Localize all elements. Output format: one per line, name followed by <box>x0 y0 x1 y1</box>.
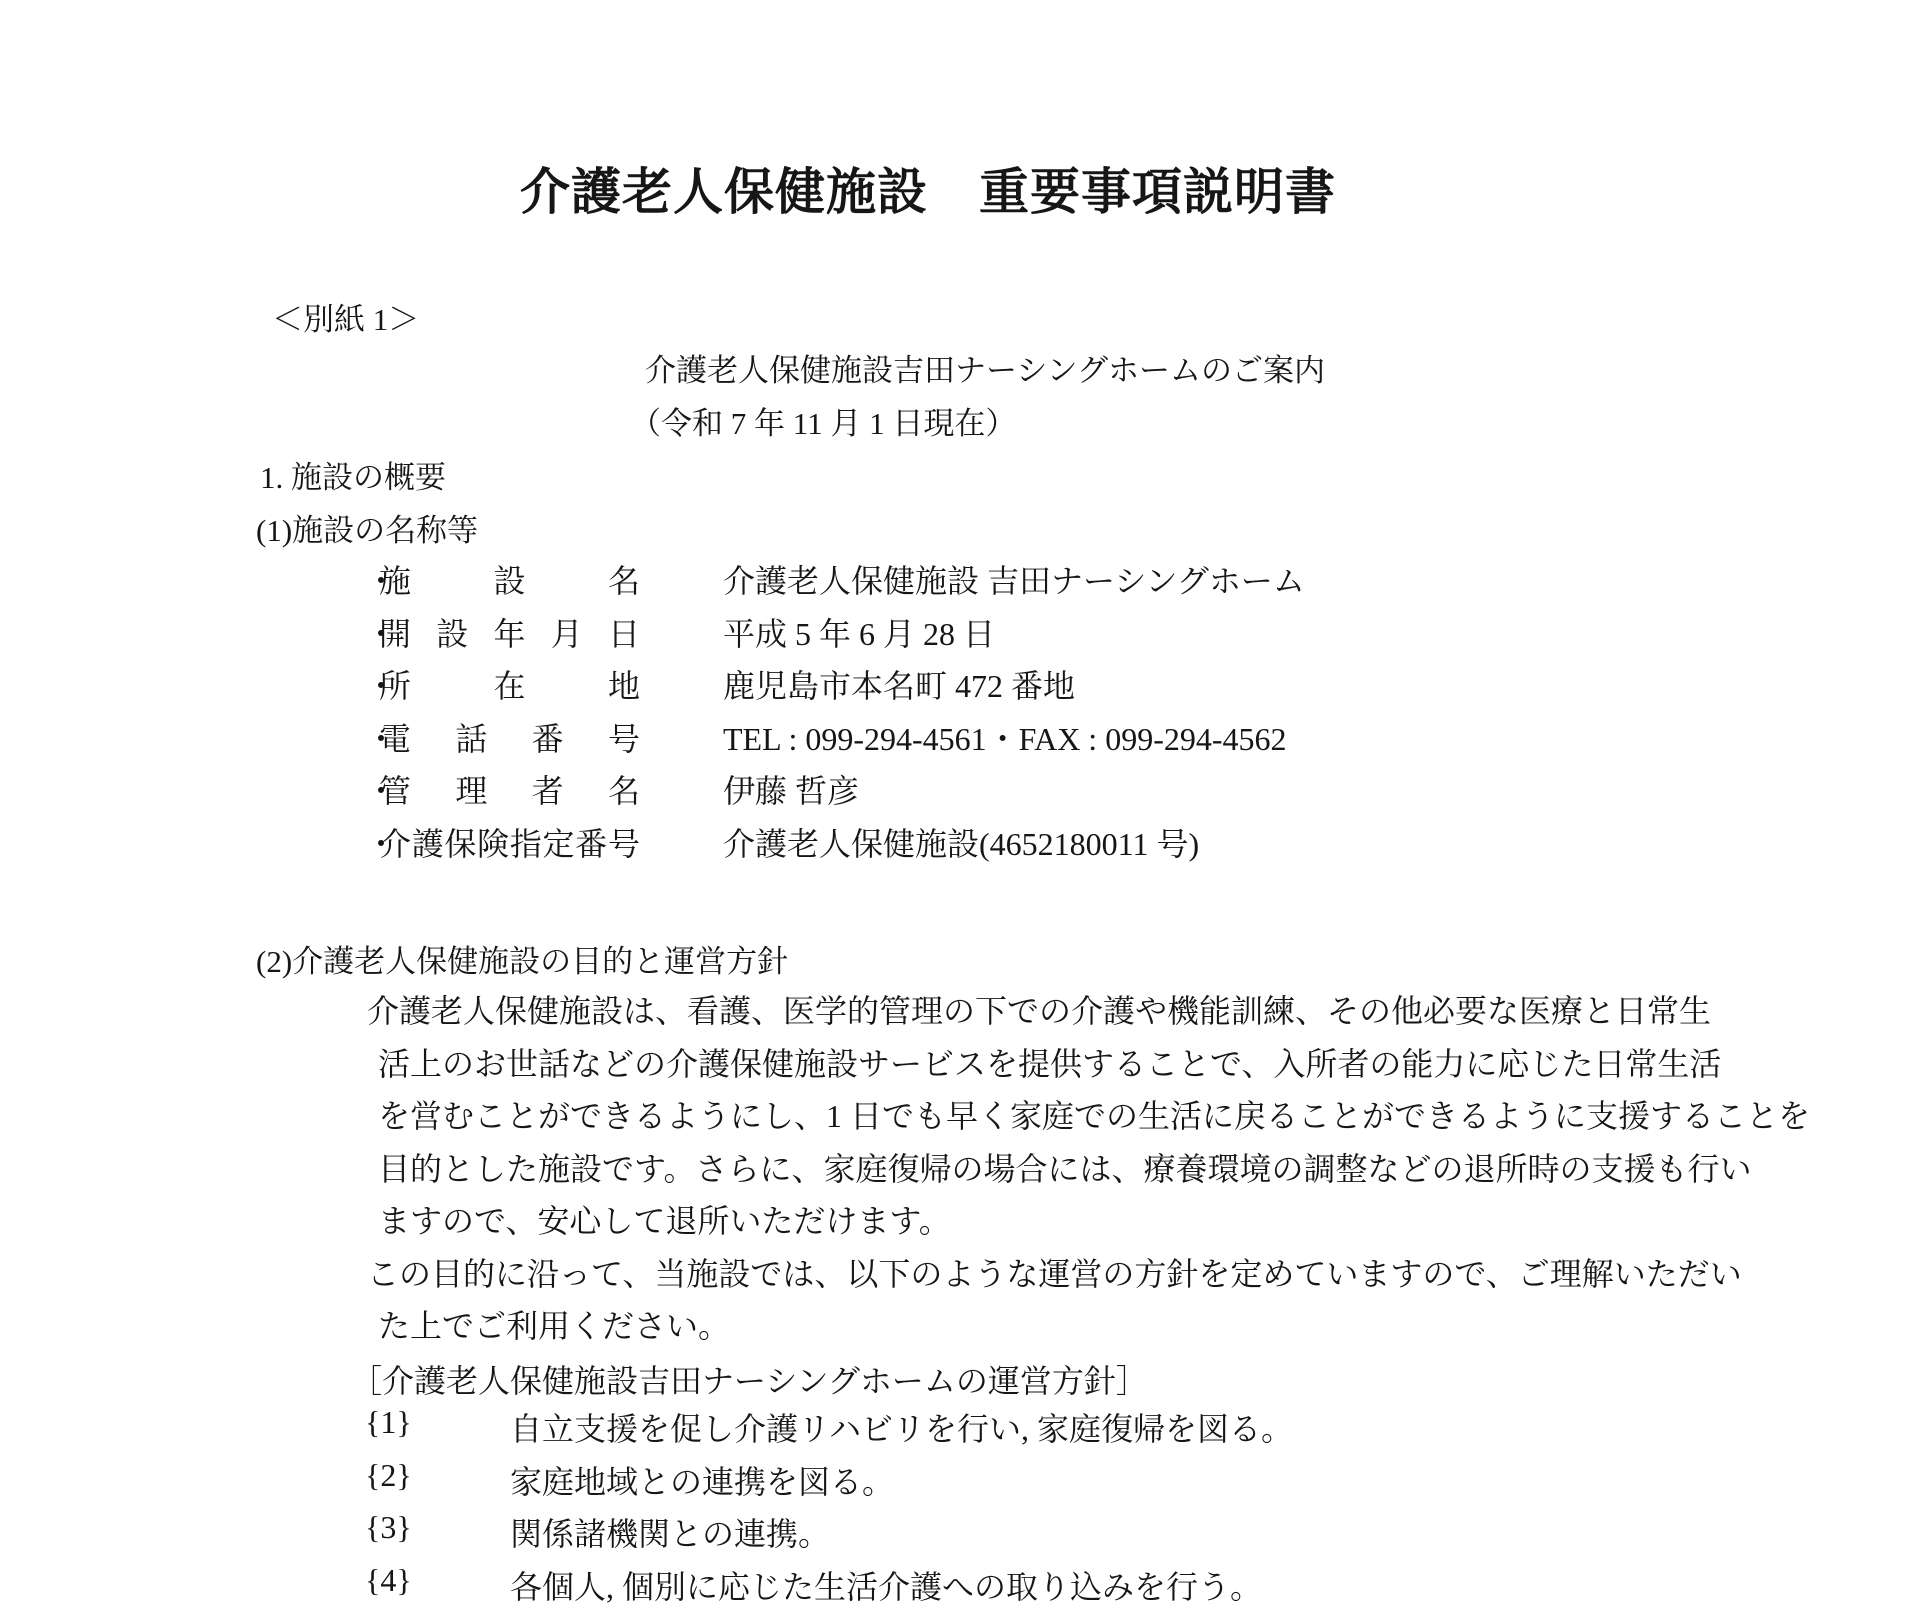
facility-row-phone: ・ 電 話 番 号 TEL : 099-294-4561・FAX : 099-2… <box>365 714 1305 767</box>
policy-text: 家庭地域との連携を図る。 <box>510 1457 894 1503</box>
paragraph-line: ますので、安心して退所いただけます。 <box>378 1195 1810 1248</box>
purpose-paragraph: 介護老人保健施設は、看護、医学的管理の下での介護や機能訓練、その他必要な医療と日… <box>378 985 1810 1353</box>
document-title: 介護老人保健施設 重要事項説明書 <box>520 152 1336 224</box>
paragraph-line: を営むことができるようにし、1 日でも早く家庭での生活に戻ることができるように支… <box>378 1090 1810 1143</box>
attachment-label: ＜別紙 1＞ <box>272 294 419 339</box>
policy-item: {3} 関係諸機関との連携。 <box>365 1509 1293 1562</box>
facility-row-label: 開 設 年 月 日 <box>379 609 640 655</box>
facility-row-address: ・ 所 在 地 鹿児島市本名町 472 番地 <box>365 661 1305 714</box>
policy-text: 自立支援を促し介護リハビリを行い, 家庭復帰を図る。 <box>510 1404 1293 1450</box>
bullet-marker: ・ <box>365 766 379 812</box>
bullet-marker: ・ <box>365 819 379 865</box>
facility-row-label: 管 理 者 名 <box>379 766 640 812</box>
policy-list: {1} 自立支援を促し介護リハビリを行い, 家庭復帰を図る。 {2} 家庭地域と… <box>365 1404 1293 1614</box>
paragraph-line: 介護老人保健施設は、看護、医学的管理の下での介護や機能訓練、その他必要な医療と日… <box>367 985 1810 1038</box>
policy-number: {3} <box>365 1509 510 1546</box>
policy-text: 各個人, 個別に応じた生活介護への取り込みを行う。 <box>510 1562 1262 1608</box>
facility-row-value: 介護老人保健施設(4652180011 号) <box>723 819 1199 865</box>
facility-row-value: 介護老人保健施設 吉田ナーシングホーム <box>723 556 1305 602</box>
as-of-date: （令和 7 年 11 月 1 日現在） <box>630 398 1016 443</box>
facility-row-open-date: ・ 開 設 年 月 日 平成 5 年 6 月 28 日 <box>365 609 1305 662</box>
facility-row-value: 平成 5 年 6 月 28 日 <box>723 609 995 655</box>
section1-heading: 1. 施設の概要 <box>260 452 446 497</box>
facility-row-label: 所 在 地 <box>379 661 640 707</box>
facility-name-heading: (1)施設の名称等 <box>256 505 478 550</box>
paragraph-line: た上でご利用ください。 <box>378 1300 1810 1353</box>
policy-list-heading: ［介護老人保健施設吉田ナーシングホームの運営方針］ <box>350 1356 1148 1402</box>
facility-row-value: 伊藤 哲彦 <box>723 766 859 812</box>
policy-number: {4} <box>365 1562 510 1599</box>
facility-row-value: 鹿児島市本名町 472 番地 <box>723 661 1075 707</box>
bullet-marker: ・ <box>365 661 379 707</box>
facility-row-insurance-number: ・ 介護保険指定番号 介護老人保健施設(4652180011 号) <box>365 819 1305 872</box>
facility-row-label: 電 話 番 号 <box>379 714 640 760</box>
policy-item: {1} 自立支援を促し介護リハビリを行い, 家庭復帰を図る。 <box>365 1404 1293 1457</box>
facility-row-value: TEL : 099-294-4561・FAX : 099-294-4562 <box>723 714 1287 760</box>
facility-row-label: 介護保険指定番号 <box>379 819 640 865</box>
purpose-heading: (2)介護老人保健施設の目的と運営方針 <box>256 936 788 981</box>
paragraph-line: この目的に沿って、当施設では、以下のような運営の方針を定めていますので、ご理解い… <box>367 1248 1810 1301</box>
policy-number: {2} <box>365 1457 510 1494</box>
facility-row-manager: ・ 管 理 者 名 伊藤 哲彦 <box>365 766 1305 819</box>
bullet-marker: ・ <box>365 609 379 655</box>
policy-item: {2} 家庭地域との連携を図る。 <box>365 1457 1293 1510</box>
bullet-marker: ・ <box>365 556 379 602</box>
policy-text: 関係諸機関との連携。 <box>510 1509 830 1555</box>
facility-row-label: 施 設 名 <box>379 556 640 602</box>
paragraph-line: 目的とした施設です。さらに、家庭復帰の場合には、療養環境の調整などの退所時の支援… <box>378 1143 1810 1196</box>
facility-row-name: ・ 施 設 名 介護老人保健施設 吉田ナーシングホーム <box>365 556 1305 609</box>
facility-detail-list: ・ 施 設 名 介護老人保健施設 吉田ナーシングホーム ・ 開 設 年 月 日 … <box>365 556 1305 871</box>
policy-number: {1} <box>365 1404 510 1441</box>
document-subtitle: 介護老人保健施設吉田ナーシングホームのご案内 <box>645 345 1325 390</box>
paragraph-line: 活上のお世話などの介護保健施設サービスを提供することで、入所者の能力に応じた日常… <box>378 1038 1810 1091</box>
bullet-marker: ・ <box>365 714 379 760</box>
policy-item: {4} 各個人, 個別に応じた生活介護への取り込みを行う。 <box>365 1562 1293 1615</box>
